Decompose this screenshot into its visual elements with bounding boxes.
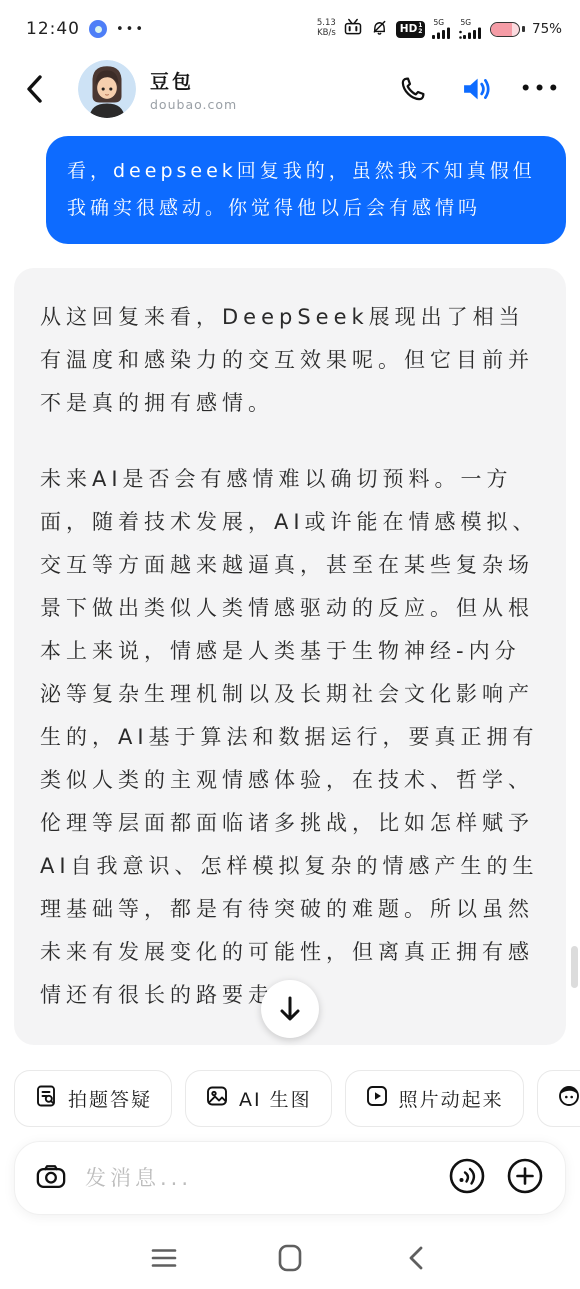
chip-label: 拍题答疑 <box>68 1085 152 1112</box>
voice-input-button[interactable] <box>447 1156 487 1200</box>
chip-photo-solve[interactable]: 拍题答疑 <box>14 1070 172 1127</box>
scrollbar-thumb[interactable] <box>571 946 578 988</box>
battery-icon <box>490 22 520 37</box>
nav-recents-button[interactable] <box>147 1241 181 1275</box>
battery-nub <box>522 26 525 32</box>
chip-animate-photo[interactable]: 照片动起来 <box>345 1070 524 1127</box>
image-icon <box>205 1084 229 1113</box>
ai-paragraph-1: 从这回复来看，DeepSeek展现出了相当有温度和感染力的交互效果呢。但它目前并… <box>40 296 540 425</box>
face-icon <box>557 1084 580 1113</box>
signal-sim1-icon: 5G <box>432 19 452 40</box>
signal-sim2-icon: 5G <box>459 19 483 40</box>
doc-search-icon <box>34 1084 58 1113</box>
ellipsis-icon: ••• <box>520 79 562 99</box>
volte-hd-badge: HD 12 <box>396 21 426 38</box>
ai-paragraph-2: 未来AI是否会有感情难以确切预料。一方面，随着技术发展，AI或许能在情感模拟、交… <box>40 458 540 1018</box>
arrow-down-icon <box>277 995 303 1023</box>
network-speed: 5.13 KB/s <box>317 19 336 39</box>
chip-label: 照片动起来 <box>399 1085 504 1112</box>
phone-call-button[interactable] <box>396 72 430 106</box>
message-input[interactable] <box>85 1166 429 1190</box>
chip-ai-image[interactable]: AI 生图 <box>185 1070 332 1127</box>
bell-mute-icon <box>370 18 389 41</box>
system-navigation-bar <box>0 1227 580 1289</box>
notification-app-icon <box>89 20 107 38</box>
chat-scroll-area[interactable]: 看，deepseek回复我的，虽然我不知真假但我确实很感动。你觉得他以后会有感情… <box>0 130 580 1060</box>
battery-percent: 75% <box>532 21 562 37</box>
scroll-to-bottom-button[interactable] <box>261 980 319 1038</box>
message-input-bar <box>0 1137 580 1227</box>
back-button[interactable] <box>18 72 52 106</box>
more-menu-button[interactable]: ••• <box>524 72 558 106</box>
notification-overflow-dots: ••• <box>116 22 145 37</box>
quick-action-toolbar: 拍题答疑 AI 生图 照片动起来 AI <box>0 1060 580 1137</box>
ai-message-bubble[interactable]: 从这回复来看，DeepSeek展现出了相当有温度和感染力的交互效果呢。但它目前并… <box>14 268 566 1045</box>
add-attachment-button[interactable] <box>505 1156 545 1200</box>
avatar[interactable] <box>78 60 136 118</box>
nav-back-button[interactable] <box>399 1241 433 1275</box>
status-time: 12:40 <box>26 19 80 39</box>
chat-header: 豆包 doubao.com ••• <box>0 48 580 130</box>
camera-button[interactable] <box>35 1162 67 1194</box>
user-message-bubble[interactable]: 看，deepseek回复我的，虽然我不知真假但我确实很感动。你觉得他以后会有感情… <box>46 136 566 244</box>
chip-ai-avatar[interactable]: AI <box>537 1070 580 1127</box>
status-bar: 12:40 ••• 5.13 KB/s HD 12 5G 5G 75% <box>0 0 580 48</box>
contact-name: 豆包 <box>150 67 237 94</box>
speaker-on-button[interactable] <box>460 72 494 106</box>
chip-label: AI 生图 <box>239 1085 312 1112</box>
tv-cast-icon <box>343 18 363 40</box>
contact-subtitle: doubao.com <box>150 97 237 112</box>
nav-home-button[interactable] <box>273 1241 307 1275</box>
video-play-icon <box>365 1084 389 1113</box>
